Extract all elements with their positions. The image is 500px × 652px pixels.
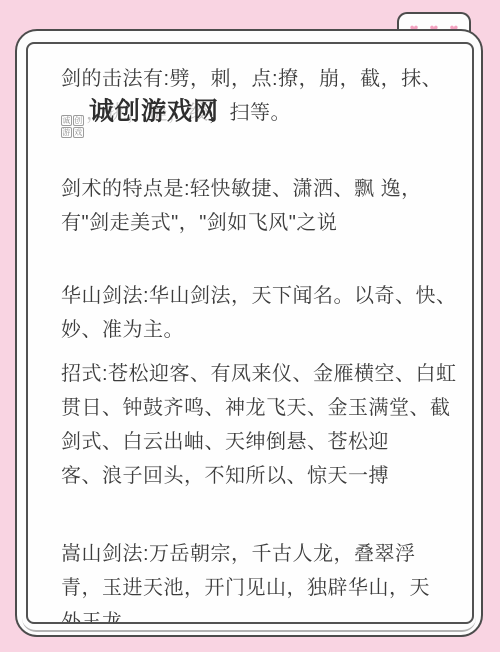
watermark-logo-cell: 戏 — [73, 127, 84, 138]
text-line: 贯日、钟鼓齐鸣、神龙飞天、金玉满堂、截 — [61, 391, 464, 425]
text-line: 剑术的特点是:轻快敏捷、潇洒、飘 逸， — [61, 172, 464, 206]
paragraph-sword-strikes: 剑的击法有:劈，刺，点:撩，崩，截，抹、 诚 创 游 戏 ，挑，提，绞诚创游戏网… — [61, 62, 464, 138]
text-line: 有"剑走美式"，"剑如飞风"之说 — [61, 206, 464, 240]
text-line: 青，玉进天池，开门见山，独辟华山，天 — [61, 571, 464, 605]
watermark-text: 诚创游戏网 — [89, 95, 219, 129]
watermark-logo-cell: 诚 — [61, 115, 72, 126]
inner-panel: 剑的击法有:劈，刺，点:撩，崩，截，抹、 诚 创 游 戏 ，挑，提，绞诚创游戏网… — [26, 42, 474, 624]
obscured-text-wrap: ，挑，提，绞诚创游戏网 — [86, 96, 209, 130]
text-line: 招式:苍松迎客、有凤来仪、金雁横空、白虹 — [61, 357, 464, 391]
paragraph-sword-traits: 剑术的特点是:轻快敏捷、潇洒、飘 逸， 有"剑走美式"，"剑如飞风"之说 — [61, 172, 464, 240]
article-text: 剑的击法有:劈，刺，点:撩，崩，截，抹、 诚 创 游 戏 ，挑，提，绞诚创游戏网… — [61, 62, 464, 624]
paragraph-huashan-intro: 华山剑法:华山剑法，天下闻名。以奇、快、 妙、准为主。 — [61, 279, 464, 347]
text-line: 嵩山剑法:万岳朝宗，千古人龙，叠翠浮 — [61, 537, 464, 571]
content-card: 剑的击法有:劈，刺，点:撩，崩，截，抹、 诚 创 游 戏 ，挑，提，绞诚创游戏网… — [15, 29, 483, 637]
text-line: 外玉龙 — [61, 605, 464, 624]
text-line: 华山剑法:华山剑法，天下闻名。以奇、快、 — [61, 279, 464, 313]
text-line-watermarked: 诚 创 游 戏 ，挑，提，绞诚创游戏网，扫等。 — [61, 96, 464, 138]
text-line: 剑的击法有:劈，刺，点:撩，崩，截，抹、 — [61, 62, 464, 96]
watermark-logo-icon: 诚 创 游 戏 — [61, 115, 84, 138]
text-segment: ，扫等。 — [209, 102, 291, 124]
paragraph-songshan: 嵩山剑法:万岳朝宗，千古人龙，叠翠浮 青，玉进天池，开门见山，独辟华山，天 外玉… — [61, 537, 464, 624]
watermark-logo-cell: 游 — [61, 127, 72, 138]
text-line: 客、浪子回头，不知所以、惊天一搏 — [61, 459, 464, 493]
text-line: 妙、准为主。 — [61, 313, 464, 347]
paragraph-huashan-moves: 招式:苍松迎客、有凤来仪、金雁横空、白虹 贯日、钟鼓齐鸣、神龙飞天、金玉满堂、截… — [61, 357, 464, 493]
watermark-logo-cell: 创 — [73, 115, 84, 126]
text-line: 剑式、白云出岫、天绅倒悬、苍松迎 — [61, 425, 464, 459]
